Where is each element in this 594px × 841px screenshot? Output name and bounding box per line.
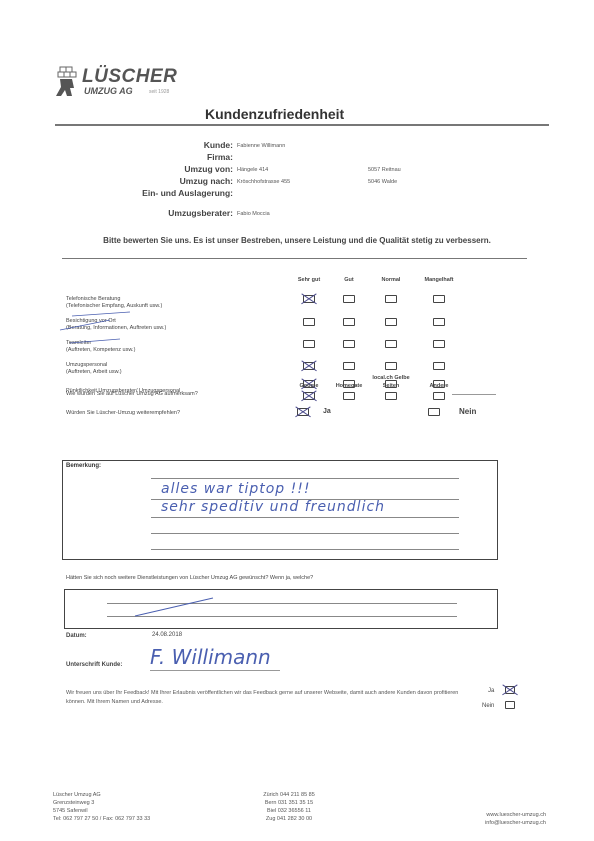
mover-carrying-boxes-icon bbox=[54, 66, 80, 98]
recommend-yes-checkbox[interactable] bbox=[297, 408, 309, 416]
advisor-label: Umzugsberater: bbox=[103, 208, 233, 218]
footer-line: Lüscher Umzug AG bbox=[53, 791, 150, 799]
services-question: Hätten Sie sich noch weitere Dienstleist… bbox=[66, 575, 313, 582]
remarks-label: Bemerkung: bbox=[66, 463, 101, 469]
customer-field-label: Kunde: bbox=[103, 140, 233, 150]
strike-through-mark bbox=[133, 596, 215, 618]
rating-row-title: Umzugspersonal bbox=[66, 362, 122, 369]
rating-checkbox[interactable] bbox=[433, 340, 445, 348]
footer-line: Zug 041 282 30 00 bbox=[240, 815, 338, 823]
rating-checkbox[interactable] bbox=[343, 340, 355, 348]
footer-line: Tel: 062 797 27 50 / Fax: 062 797 33 33 bbox=[53, 815, 150, 823]
remarks-line bbox=[151, 478, 459, 479]
remarks-line bbox=[151, 533, 459, 534]
footer-branches: Zürich 044 211 85 85Bern 031 351 35 15Bi… bbox=[240, 791, 338, 823]
rating-checkbox[interactable] bbox=[433, 318, 445, 326]
other-source-field[interactable] bbox=[452, 394, 496, 395]
date-value: 24.08.2018 bbox=[152, 632, 182, 638]
intro-text: Bitte bewerten Sie uns. Es ist unser Bes… bbox=[62, 234, 532, 247]
title-divider bbox=[55, 124, 549, 126]
footer-line[interactable]: www.luescher-umzug.ch bbox=[440, 811, 546, 819]
consent-text: Wir freuen uns über Ihr Feedback! Mit Ih… bbox=[66, 689, 466, 707]
remarks-line bbox=[151, 549, 459, 550]
footer-company: Lüscher Umzug AGGrenzsteinweg 35745 Safe… bbox=[53, 791, 150, 823]
signature-line bbox=[150, 670, 280, 671]
rating-row-subtitle: (Auftreten, Kompetenz usw.) bbox=[66, 347, 135, 354]
consent-no-checkbox[interactable] bbox=[505, 701, 515, 709]
rating-checkbox[interactable] bbox=[385, 362, 397, 370]
consent-yes-label: Ja bbox=[488, 688, 494, 694]
rating-checkbox[interactable] bbox=[433, 362, 445, 370]
source-option-label: local.ch Gelbe Seiten bbox=[366, 374, 416, 390]
logo-name: LÜSCHER bbox=[82, 66, 177, 88]
source-option-checkbox[interactable] bbox=[303, 392, 315, 400]
pen-mark bbox=[0, 0, 594, 841]
recommend-no-label: Nein bbox=[459, 407, 476, 416]
customer-field-value: Hängele 414 bbox=[237, 167, 268, 173]
footer-line: Grenzsteinweg 3 bbox=[53, 799, 150, 807]
customer-field-city: 5057 Reitnau bbox=[368, 167, 401, 173]
rating-column-header: Normal bbox=[366, 277, 416, 283]
source-option-checkbox[interactable] bbox=[343, 392, 355, 400]
remarks-line-1: alles war tiptop !!! bbox=[161, 481, 310, 497]
footer-line: Biel 032 36556 11 bbox=[240, 807, 338, 815]
page-title: Kundenzufriedenheit bbox=[205, 106, 344, 122]
rating-row-subtitle: (Auftreten, Arbeit usw.) bbox=[66, 369, 122, 376]
consent-no-label: Nein bbox=[482, 703, 494, 709]
rating-row-subtitle: (Telefonischer Empfang, Auskunft usw.) bbox=[66, 303, 162, 310]
rating-row-subtitle: (Beratung, Informationen, Auftreten usw.… bbox=[66, 325, 166, 332]
signature-label: Unterschrift Kunde: bbox=[66, 662, 122, 668]
consent-yes-checkbox[interactable] bbox=[505, 686, 515, 694]
rating-row-label: Besichtigung vor Ort(Beratung, Informati… bbox=[66, 318, 166, 332]
remarks-line-2: sehr speditiv und freundlich bbox=[161, 499, 385, 515]
logo-subtitle: UMZUG AG bbox=[84, 86, 133, 96]
customer-field-label: Firma: bbox=[103, 152, 233, 162]
rating-checkbox[interactable] bbox=[343, 318, 355, 326]
rating-checkbox[interactable] bbox=[303, 318, 315, 326]
customer-field-city: 5046 Walde bbox=[368, 179, 397, 185]
recommend-no-checkbox[interactable] bbox=[428, 408, 440, 416]
customer-field-label: Ein- und Auslagerung: bbox=[103, 188, 233, 198]
rating-checkbox[interactable] bbox=[343, 295, 355, 303]
signature-value[interactable]: F. Willimann bbox=[150, 645, 271, 669]
remarks-line bbox=[151, 517, 459, 518]
source-option-checkbox[interactable] bbox=[385, 392, 397, 400]
company-logo: LÜSCHER UMZUG AG seit 1928 bbox=[54, 66, 194, 100]
rating-checkbox[interactable] bbox=[303, 295, 315, 303]
customer-field-label: Umzug nach: bbox=[103, 176, 233, 186]
rating-checkbox[interactable] bbox=[385, 295, 397, 303]
recommend-question: Würden Sie Lüscher-Umzug weiterempfehlen… bbox=[66, 410, 180, 417]
customer-field-value: Fabienne Willimann bbox=[237, 143, 285, 149]
footer-web: www.luescher-umzug.chinfo@luescher-umzug… bbox=[440, 811, 546, 827]
rating-row-label: Telefonische Beratung(Telefonischer Empf… bbox=[66, 296, 162, 310]
rating-checkbox[interactable] bbox=[385, 318, 397, 326]
rating-row-title: Teamleiter bbox=[66, 340, 135, 347]
rating-row-label: Teamleiter(Auftreten, Kompetenz usw.) bbox=[66, 340, 135, 354]
footer-line: Bern 031 351 35 15 bbox=[240, 799, 338, 807]
advisor-value: Fabio Moccia bbox=[237, 211, 270, 217]
customer-field-value: Kröschhofstrasse 455 bbox=[237, 179, 290, 185]
footer-line: Zürich 044 211 85 85 bbox=[240, 791, 338, 799]
rating-column-header: Mangelhaft bbox=[414, 277, 464, 283]
rating-checkbox[interactable] bbox=[385, 340, 397, 348]
customer-field-label: Umzug von: bbox=[103, 164, 233, 174]
source-option-label: Andere bbox=[414, 382, 464, 390]
rating-checkbox[interactable] bbox=[343, 362, 355, 370]
rating-row-label: Umzugspersonal(Auftreten, Arbeit usw.) bbox=[66, 362, 122, 376]
recommend-yes-label: Ja bbox=[323, 408, 331, 415]
footer-line: 5745 Safenwil bbox=[53, 807, 150, 815]
source-question: Wie wurden Sie auf Lüscher Umzug AG aufm… bbox=[66, 391, 198, 398]
rating-checkbox[interactable] bbox=[303, 340, 315, 348]
pen-mark bbox=[0, 0, 594, 841]
logo-since: seit 1928 bbox=[149, 89, 169, 95]
date-label: Datum: bbox=[66, 633, 87, 639]
footer-line[interactable]: info@luescher-umzug.ch bbox=[440, 819, 546, 827]
rating-row-title: Telefonische Beratung bbox=[66, 296, 162, 303]
services-box[interactable] bbox=[64, 589, 498, 629]
pen-mark bbox=[0, 0, 594, 841]
rating-checkbox[interactable] bbox=[433, 295, 445, 303]
source-option-checkbox[interactable] bbox=[433, 392, 445, 400]
rating-checkbox[interactable] bbox=[303, 362, 315, 370]
rating-row-title: Besichtigung vor Ort bbox=[66, 318, 166, 325]
remarks-box[interactable]: Bemerkung: alles war tiptop !!! sehr spe… bbox=[62, 460, 498, 560]
intro-divider bbox=[62, 258, 527, 259]
